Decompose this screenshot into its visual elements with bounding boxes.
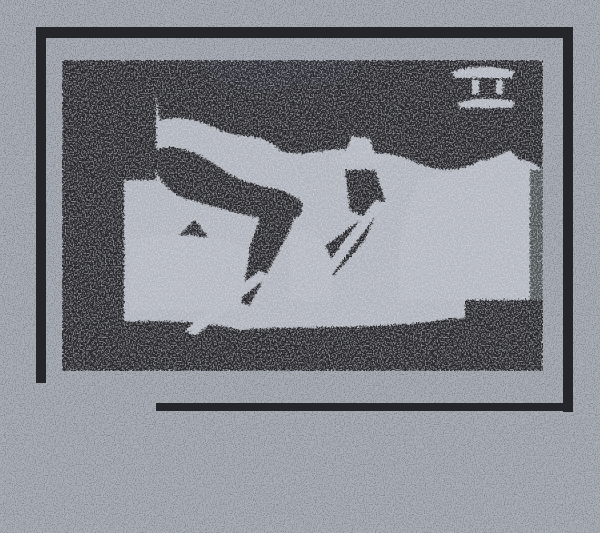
album-cover bbox=[0, 0, 600, 533]
cover-artwork bbox=[0, 0, 600, 533]
photograph bbox=[62, 60, 543, 371]
